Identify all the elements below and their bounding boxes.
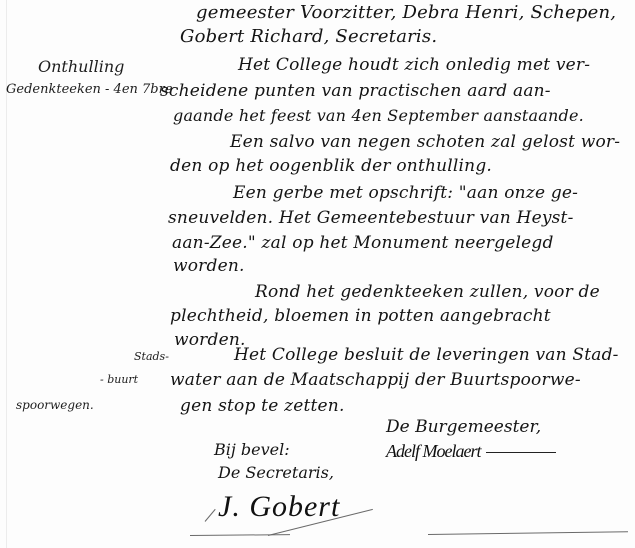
body-line-3: Het College houdt zich onledig met ver-: [238, 55, 590, 75]
body-line-9: sneuvelden. Het Gemeentebestuur van Heys…: [168, 208, 574, 228]
body-line-10: aan-Zee." zal op het Monument neergelegd: [172, 233, 554, 253]
body-line-12: Rond het gedenkteeken zullen, voor de: [255, 282, 600, 302]
margin-note-gedenkteeken: Gedenkteeken - 4en 7bre: [6, 82, 173, 97]
margin-note-buurt: - buurt: [100, 373, 138, 386]
body-line-6: Een salvo van negen schoten zal gelost w…: [230, 132, 620, 152]
mayor-signature-underline: [486, 452, 556, 453]
margin-note-onthulling: Onthulling: [38, 57, 124, 76]
body-line-4: scheidene punten van practischen aard aa…: [160, 81, 551, 101]
secretary-signature: J. Gobert: [218, 490, 340, 524]
paper-edge-line: [190, 534, 290, 536]
by-order-label: Bij bevel:: [214, 440, 290, 459]
body-line-1: gemeester Voorzitter, Debra Henri, Schep…: [196, 2, 616, 23]
scanned-document-page: gemeester Voorzitter, Debra Henri, Schep…: [0, 0, 635, 548]
mayor-signature: Adelf Moelaert: [386, 441, 480, 462]
body-line-8: Een gerbe met opschrift: "aan onze ge-: [233, 183, 578, 203]
paper-edge-line: [428, 531, 628, 535]
body-line-15: Het College besluit de leveringen van St…: [234, 345, 619, 365]
margin-note-spoorwegen: spoorwegen.: [16, 398, 94, 412]
paper-edge-line: [205, 509, 216, 522]
secretary-title: De Secretaris,: [218, 463, 334, 482]
body-line-2: Gobert Richard, Secretaris.: [180, 26, 437, 47]
body-line-7: den op het oogenblik der onthulling.: [170, 156, 492, 176]
body-line-5: gaande het feest van 4en September aanst…: [173, 106, 584, 125]
body-line-17: gen stop te zetten.: [180, 396, 345, 416]
body-line-16: water aan de Maatschappij der Buurtspoor…: [170, 370, 581, 390]
mayor-title: De Burgemeester,: [386, 417, 541, 437]
margin-note-stads: Stads-: [134, 350, 169, 363]
body-line-11: worden.: [173, 256, 245, 276]
body-line-13: plechtheid, bloemen in potten aangebrach…: [170, 306, 551, 326]
